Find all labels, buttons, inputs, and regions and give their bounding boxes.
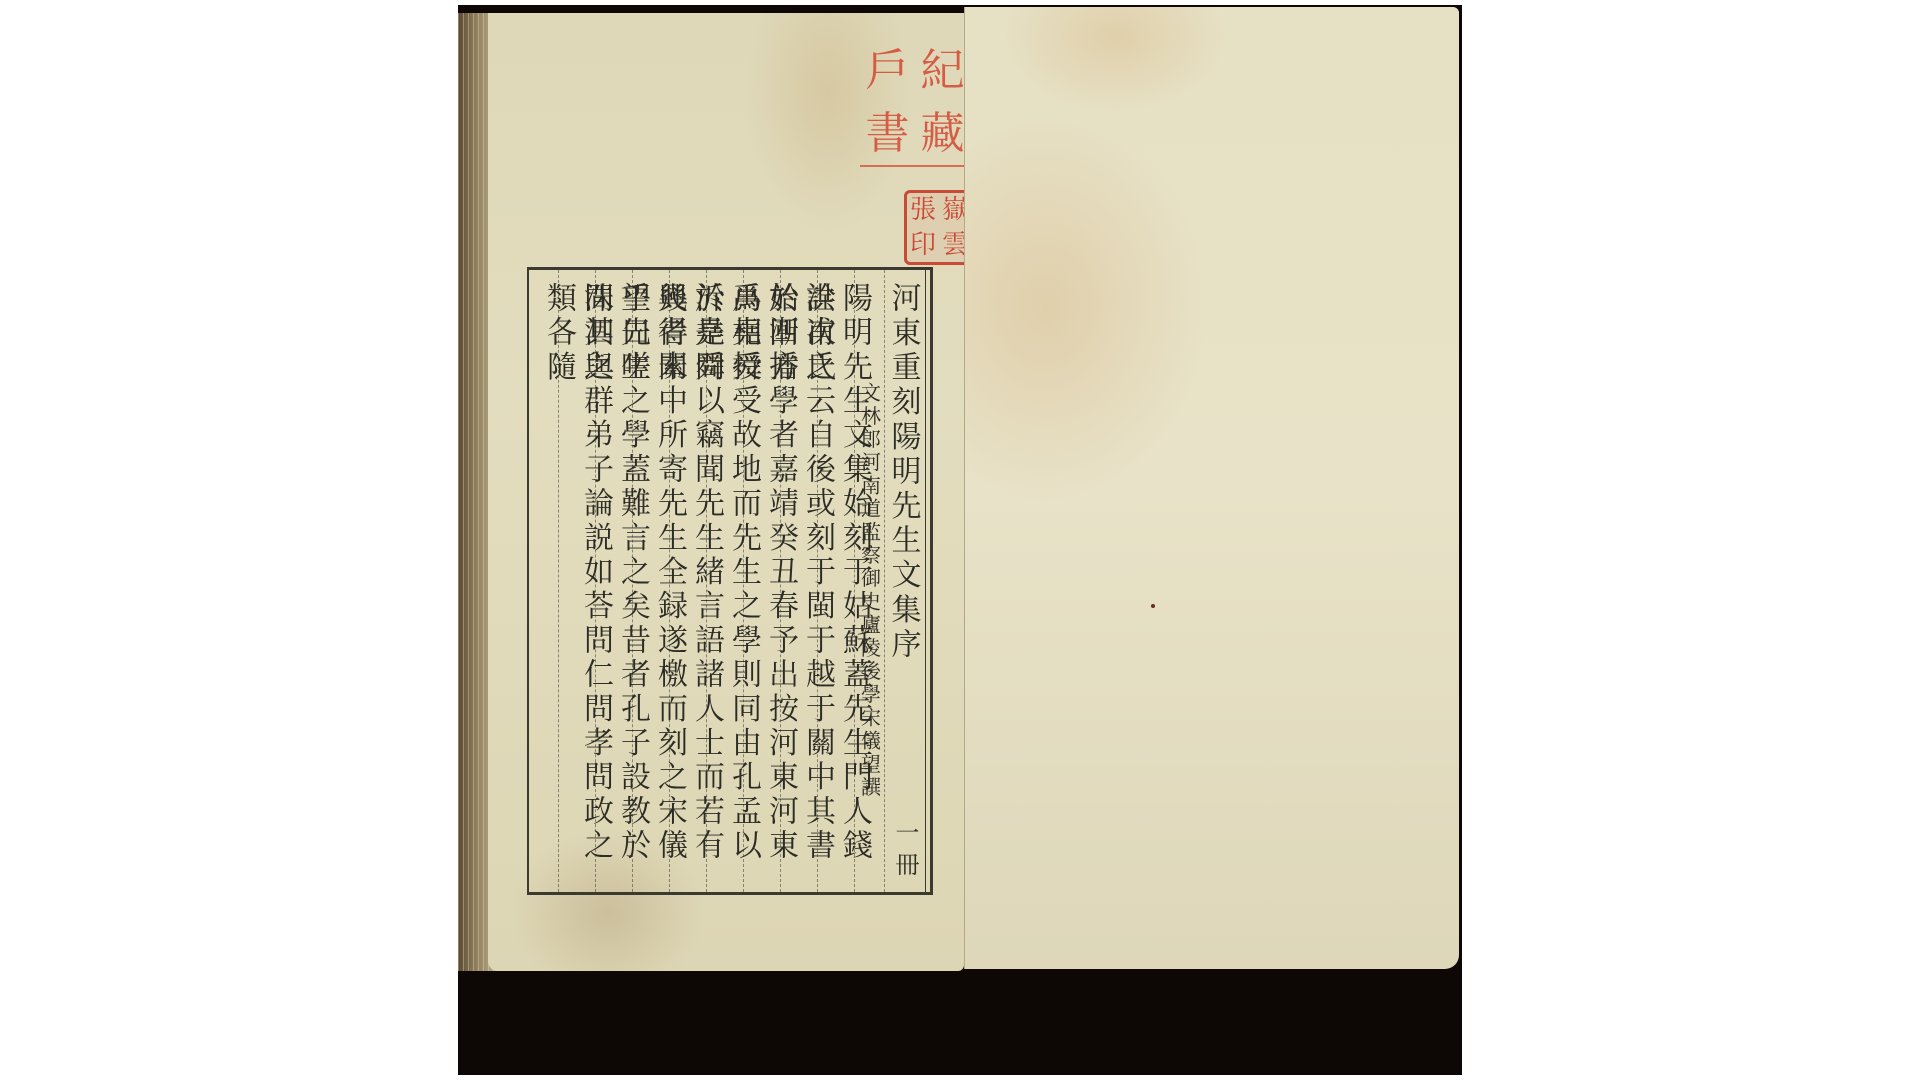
seal-char: 書 xyxy=(860,112,915,156)
seal-char: 印 xyxy=(907,232,939,258)
text-frame: 河東重刻陽明先生文集序 一冊 文林郎河南道監察御史廬陵後學宋儀望譔 陽明先生文集… xyxy=(527,267,933,895)
right-page: 張 嶽 印 雲 xyxy=(964,7,1459,969)
paper-spot xyxy=(1151,604,1155,608)
left-page: 戶 紀 書 藏 張 嶽 印 雲 河東重刻陽明先生文集序 一冊 文林郎河南道監察御… xyxy=(488,13,964,971)
body-column: 間其與群弟子論説如荅問仁問孝問政之類各隨 xyxy=(558,270,595,892)
seal-char: 紀 xyxy=(915,49,970,93)
collector-seal-large: 戶 紀 書 藏 xyxy=(860,39,972,167)
seal-char: 戶 xyxy=(860,49,915,93)
book-scan: 戶 紀 書 藏 張 嶽 印 雲 河東重刻陽明先生文集序 一冊 文林郎河南道監察御… xyxy=(458,5,1462,1075)
volume-mark: 一冊 xyxy=(888,820,922,884)
title-column: 河東重刻陽明先生文集序 xyxy=(884,270,921,892)
frame-inner-line xyxy=(925,270,926,892)
preface-title: 河東重刻陽明先生文集序 xyxy=(885,282,922,663)
seal-char: 張 xyxy=(907,197,939,223)
body-text: 間其與群弟子論説如荅問仁問孝問政之類各隨 xyxy=(540,282,614,892)
seal-char: 藏 xyxy=(915,112,970,156)
